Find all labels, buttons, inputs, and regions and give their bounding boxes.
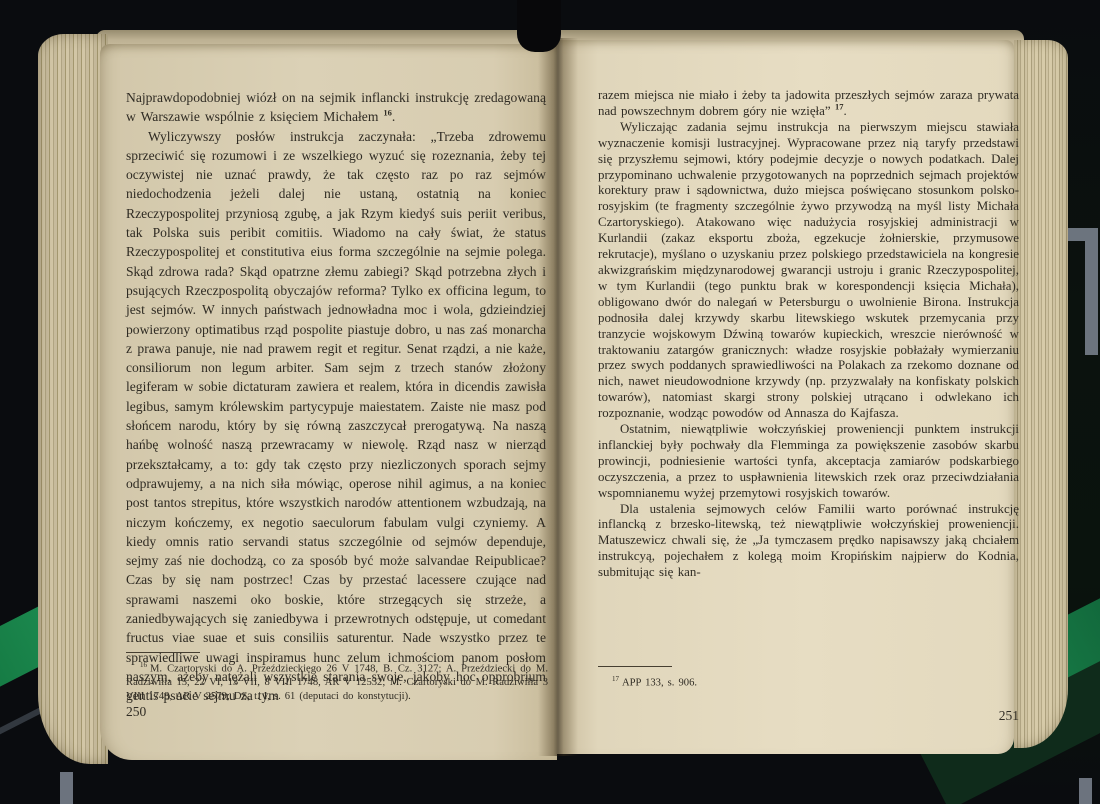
paragraph-text: . — [844, 104, 847, 118]
paragraph: Wyliczywszy posłów instrukcja zaczynała:… — [126, 127, 546, 706]
right-footnote: 17APP 133, s. 906. — [598, 666, 1019, 690]
left-page-stack-edges — [38, 34, 108, 764]
book-scan-photo: { "book": { "left": { "page_number": "25… — [0, 0, 1100, 804]
left-page-text: Najprawdopodobniej wiózł on na sejmik in… — [126, 88, 546, 706]
paragraph-text: Najprawdopodobniej wiózł on na sejmik in… — [126, 90, 546, 124]
footnote-text: 17APP 133, s. 906. — [598, 673, 1019, 690]
paragraph-text: razem miejsca nie miało i żeby ta jadowi… — [598, 88, 1019, 118]
paragraph-text: . — [392, 109, 395, 124]
footnote-body: M. Czartoryski do A. Przeździeckiego 26 … — [126, 664, 548, 702]
right-page-stack-edges — [1014, 40, 1068, 748]
corner-mark-bottom-left — [60, 772, 73, 804]
footnote-rule — [598, 666, 672, 667]
footnote-rule — [126, 652, 200, 653]
right-page-text: razem miejsca nie miało i żeby ta jadowi… — [598, 88, 1019, 581]
footnote-text: 16M. Czartoryski do A. Przeździeckiego 2… — [126, 659, 548, 703]
footnote-reference: 17 — [835, 102, 844, 112]
corner-mark-bottom-right — [1079, 778, 1092, 804]
footnote-marker: 16 — [140, 661, 147, 669]
book-holder-strap — [517, 0, 561, 52]
footnote-marker: 17 — [612, 675, 619, 683]
paragraph: Dla ustalenia sejmowych celów Familii wa… — [598, 502, 1019, 582]
page-number-left: 250 — [126, 704, 146, 720]
paragraph: Najprawdopodobniej wiózł on na sejmik in… — [126, 88, 546, 127]
page-number-right: 251 — [598, 708, 1019, 724]
left-footnote: 16M. Czartoryski do A. Przeździeckiego 2… — [126, 652, 548, 703]
paragraph: razem miejsca nie miało i żeby ta jadowi… — [598, 88, 1019, 120]
footnote-body: APP 133, s. 906. — [622, 678, 697, 689]
footnote-reference: 16 — [383, 108, 392, 118]
paragraph: Wyliczając zadania sejmu instrukcja na p… — [598, 120, 1019, 422]
paragraph: Ostatnim, niewątpliwie wołczyńskiej prow… — [598, 422, 1019, 502]
